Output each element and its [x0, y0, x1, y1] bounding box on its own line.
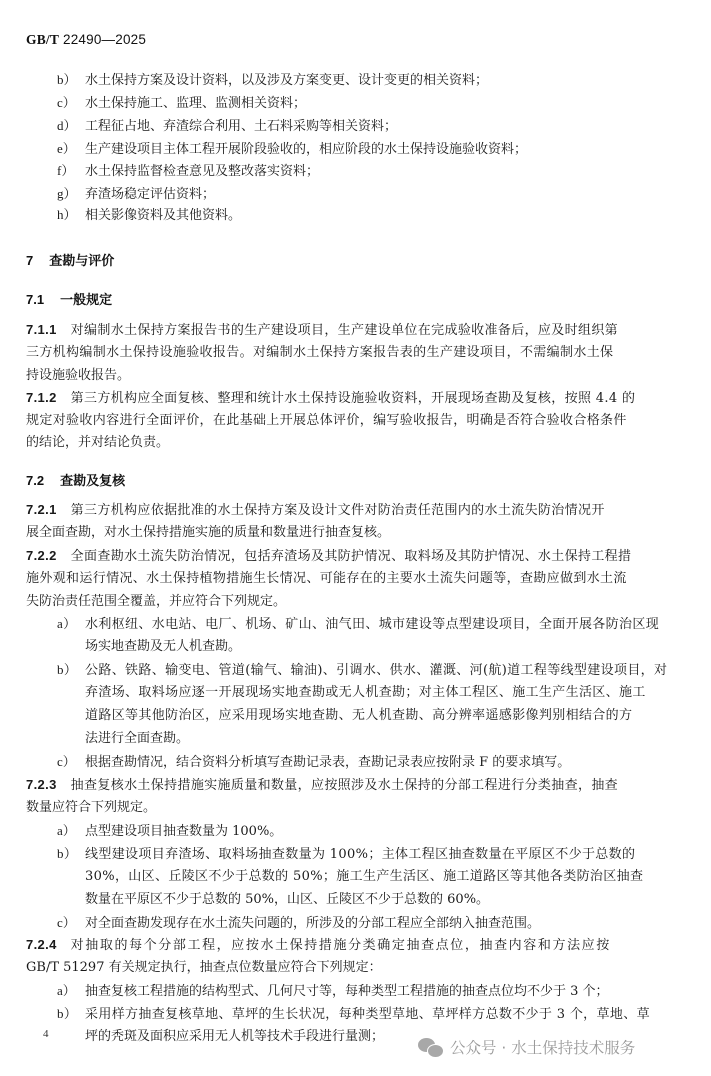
list-item: h）相关影像资料及其他资料。	[57, 207, 241, 224]
clause-7-2-1: 7.2.1第三方机构应依据批准的水土保持方案及设计文件对防治责任范围内的水土流失…	[26, 502, 686, 519]
list-item: e）生产建设项目主体工程开展阶段验收的，相应阶段的水土保持设施验收资料；	[57, 141, 527, 158]
section-heading-7-2: 7.2查勘及复核	[26, 470, 125, 489]
list-item-cont: 弃渣场、取料场应逐一开展现场实地查勘或无人机查勘；对主体工程区、施工生产生活区、…	[85, 685, 646, 701]
page-number: 4	[43, 1028, 49, 1040]
clause-line: 施外观和运行情况、水土保持植物措施生长情况、可能存在的主要水土流失问题等，查勘应…	[26, 571, 686, 587]
clause-7-2-3: 7.2.3抽查复核水土保持措施实施质量和数量，应按照涉及水土保持的分部工程进行分…	[26, 777, 686, 794]
clause-line: 规定对验收内容进行全面评价，在此基础上开展总体评价，编写验收报告，明确是否符合验…	[26, 413, 686, 429]
list-item-cont: 法进行全面查勘。	[85, 731, 189, 747]
list-item: b）线型建设项目弃渣场、取料场抽查数量为 100%；主体工程区抽查数量在平原区不…	[57, 846, 635, 863]
list-item: c）对全面查勘发现存在水土流失问题的，所涉及的分部工程应全部纳入抽查范围。	[57, 915, 540, 932]
clause-7-2-2: 7.2.2全面查勘水土流失防治情况，包括弃渣场及其防护情况、取料场及其防护情况、…	[26, 548, 686, 565]
clause-line: 展全面查勘，对水土保持措施实施的质量和数量进行抽查复核。	[26, 525, 686, 541]
clause-line: 持设施验收报告。	[26, 368, 686, 384]
section-heading-7-1: 7.1一般规定	[26, 289, 112, 308]
list-item-cont: 场实地查勘及无人机查勘。	[85, 639, 241, 655]
wechat-icon	[418, 1037, 444, 1057]
list-item-cont: 道路区等其他防治区，应采用现场实地查勘、无人机查勘、高分辨率遥感影像判别相结合的…	[85, 708, 632, 724]
list-item: b）采用样方抽查复核草地、草坪的生长状况，每种类型草地、草坪样方总数不少于 3 …	[57, 1006, 650, 1023]
standard-code-header: GB/T 22490—2025	[26, 32, 146, 48]
list-item: a）抽查复核工程措施的结构型式、几何尺寸等，每种类型工程措施的抽查点位均不少于 …	[57, 983, 609, 1000]
list-item: a）水利枢纽、水电站、电厂、机场、矿山、油气田、城市建设等点型建设项目，全面开展…	[57, 616, 659, 633]
list-item: d）工程征占地、弃渣综合利用、土石料采购等相关资料；	[57, 118, 397, 135]
list-item: c）根据查勘情况，结合资料分析填写查勘记录表，查勘记录表应按附录 F 的要求填写…	[57, 754, 570, 771]
list-item-cont: 坪的秃斑及面积应采用无人机等技术手段进行量测；	[85, 1029, 384, 1045]
clause-line: 数量应符合下列规定。	[26, 800, 686, 816]
clause-7-1-2: 7.1.2第三方机构应全面复核、整理和统计水土保持设施验收资料，开展现场查勘及复…	[26, 390, 686, 407]
clause-line: 三方机构编制水土保持设施验收报告。对编制水土保持方案报告表的生产建设项目，不需编…	[26, 345, 686, 361]
list-item-cont: 数量在平原区不少于总数的 50%，山区、丘陵区不少于总数的 60%。	[85, 892, 489, 908]
list-item-cont: 30%，山区、丘陵区不少于总数的 50%；施工生产生活区、施工道路区等其他各类防…	[85, 869, 643, 885]
clause-line: 的结论，并对结论负责。	[26, 435, 686, 451]
list-item: f）水土保持监督检查意见及整改落实资料；	[57, 163, 319, 180]
list-item: a）点型建设项目抽查数量为 100%。	[57, 823, 282, 840]
list-item: b）公路、铁路、输变电、管道(输气、输油)、引调水、供水、灌溉、河(航)道工程等…	[57, 662, 667, 679]
clause-7-1-1: 7.1.1对编制水土保持方案报告书的生产建设项目，生产建设单位在完成验收准备后，…	[26, 322, 686, 339]
watermark: 公众号 · 水土保持技术服务	[418, 1036, 635, 1058]
clause-7-2-4: 7.2.4对抽取的每个分部工程，应按水土保持措施分类确定抽查点位，抽查内容和方法…	[26, 937, 686, 954]
list-item: c）水土保持施工、监理、监测相关资料；	[57, 95, 306, 112]
document-page: GB/T 22490—2025 b）水土保持方案及设计资料，以及涉及方案变更、设…	[0, 0, 711, 1076]
clause-line: 失防治责任范围全覆盖，并应符合下列规定。	[26, 594, 686, 610]
list-item: g）弃渣场稳定评估资料；	[57, 186, 215, 203]
watermark-text: 公众号 · 水土保持技术服务	[450, 1036, 635, 1058]
section-heading-7: 7查勘与评价	[26, 250, 114, 269]
list-item: b）水土保持方案及设计资料，以及涉及方案变更、设计变更的相关资料；	[57, 72, 488, 89]
clause-line: GB/T 51297 有关规定执行，抽查点位数量应符合下列规定：	[26, 960, 686, 976]
